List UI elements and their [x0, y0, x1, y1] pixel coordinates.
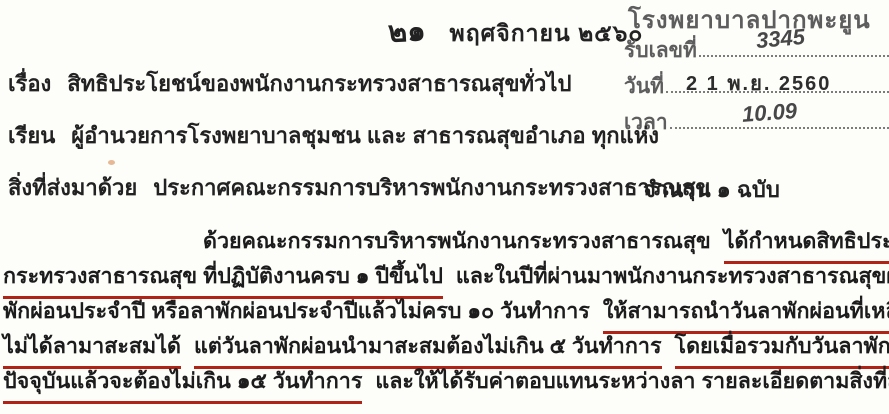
attachment-count: จำนวน ๑ ฉบับ [643, 172, 780, 207]
body-line-3: พักผ่อนประจำปี หรือลาพักผ่อนประจำปีแล้วไ… [3, 294, 887, 334]
body-text: ด้วยคณะกรรมการบริหารพนักงานกระทรวงสาธารณ… [203, 229, 711, 253]
body-text-red-underlined: แต่วันลาพักผ่อนนำมาสะสมต้องไม่เกิน ๕ วัน… [194, 329, 662, 369]
date-day-handwritten: ๒๑ [387, 7, 427, 55]
stamp-date-row: วันที่ 2 1 พ.ย. 2560 [624, 70, 889, 100]
to-label: เรียน [8, 118, 55, 153]
body-line-1: ด้วยคณะกรรมการบริหารพนักงานกระทรวงสาธารณ… [3, 224, 889, 264]
stamp-receipt-row: รับเลขที่ 3345 [624, 34, 889, 64]
body-text-red-underlined: ปัจจุบันแล้วจะต้องไม่เกิน ๑๕ วันทำการ [3, 364, 362, 404]
stamp-time-row: เวลา 10.09 [624, 106, 889, 136]
stray-mark [108, 160, 115, 165]
body-text-red-underlined: ไม่ได้ลามาสะสมได้ [3, 329, 181, 369]
body-text-red-underlined: โดยเมื่อรวมกับวันลาพักผ่อนในปี [675, 329, 889, 369]
body-text-red-underlined: ได้กำหนดสิทธิประโยชน์ ให้พนักงาน [724, 224, 889, 264]
attachment-line: สิ่งที่ส่งมาด้วย ประกาศคณะกรรมการบริหารพ… [8, 170, 710, 205]
letter-date-line: ๒๑ พฤศจิกายน ๒๕๖๐ [388, 8, 643, 54]
to-line: เรียน ผู้อำนวยการโรงพยาบาลชุมชน และ สาธา… [8, 118, 659, 153]
stamp-receipt-label: รับเลขที่ [624, 34, 697, 67]
date-month-year: พฤศจิกายน ๒๕๖๐ [450, 16, 644, 52]
scanned-letter-page: ๒๑ พฤศจิกายน ๒๕๖๐ โรงพยาบาลปากพะยูน รับเ… [0, 0, 889, 414]
subject-label: เรื่อง [8, 66, 51, 101]
body-text-red-underlined: ให้สามารถนำวันลาพักผ่อนที่เหลือ ซึ่งยัง [603, 294, 889, 334]
body-line-5: ปัจจุบันแล้วจะต้องไม่เกิน ๑๕ วันทำการและ… [3, 364, 887, 404]
attachment-text: ประกาศคณะกรรมการบริหารพนักงานกระทรวงสาธา… [153, 170, 710, 205]
attachment-label: สิ่งที่ส่งมาด้วย [8, 170, 137, 205]
stamp-date-value: 2 1 พ.ย. 2560 [686, 67, 831, 99]
receiving-stamp: โรงพยาบาลปากพะยูน รับเลขที่ 3345 วันที่ … [620, 0, 889, 142]
stamp-time-value-handwritten: 10.09 [741, 98, 798, 128]
body-text-red-underlined: กระทรวงสาธารณสุข ที่ปฏิบัติงานครบ ๑ ปีขึ… [3, 259, 443, 299]
stamp-receipt-value-handwritten: 3345 [755, 24, 806, 54]
subject-line: เรื่อง สิทธิประโยชน์ของพนักงานกระทรวงสาธ… [8, 66, 571, 101]
subject-text: สิทธิประโยชน์ของพนักงานกระทรวงสาธารณสุขท… [67, 66, 571, 101]
body-text: พักผ่อนประจำปี หรือลาพักผ่อนประจำปีแล้วไ… [3, 299, 590, 323]
body-text: และให้ได้รับค่าตอบแทนระหว่างลา รายละเอีย… [375, 369, 889, 393]
body-line-4: ไม่ได้ลามาสะสมได้แต่วันลาพักผ่อนนำมาสะสม… [3, 329, 887, 369]
stamp-date-label: วันที่ [624, 70, 664, 103]
to-text: ผู้อำนวยการโรงพยาบาลชุมชน และ สาธารณสุขอ… [71, 118, 659, 153]
body-text: และในปีที่ผ่านมาพนักงานกระทรวงสาธารณสุขผ… [456, 264, 889, 288]
body-line-2: กระทรวงสาธารณสุข ที่ปฏิบัติงานครบ ๑ ปีขึ… [3, 259, 887, 299]
